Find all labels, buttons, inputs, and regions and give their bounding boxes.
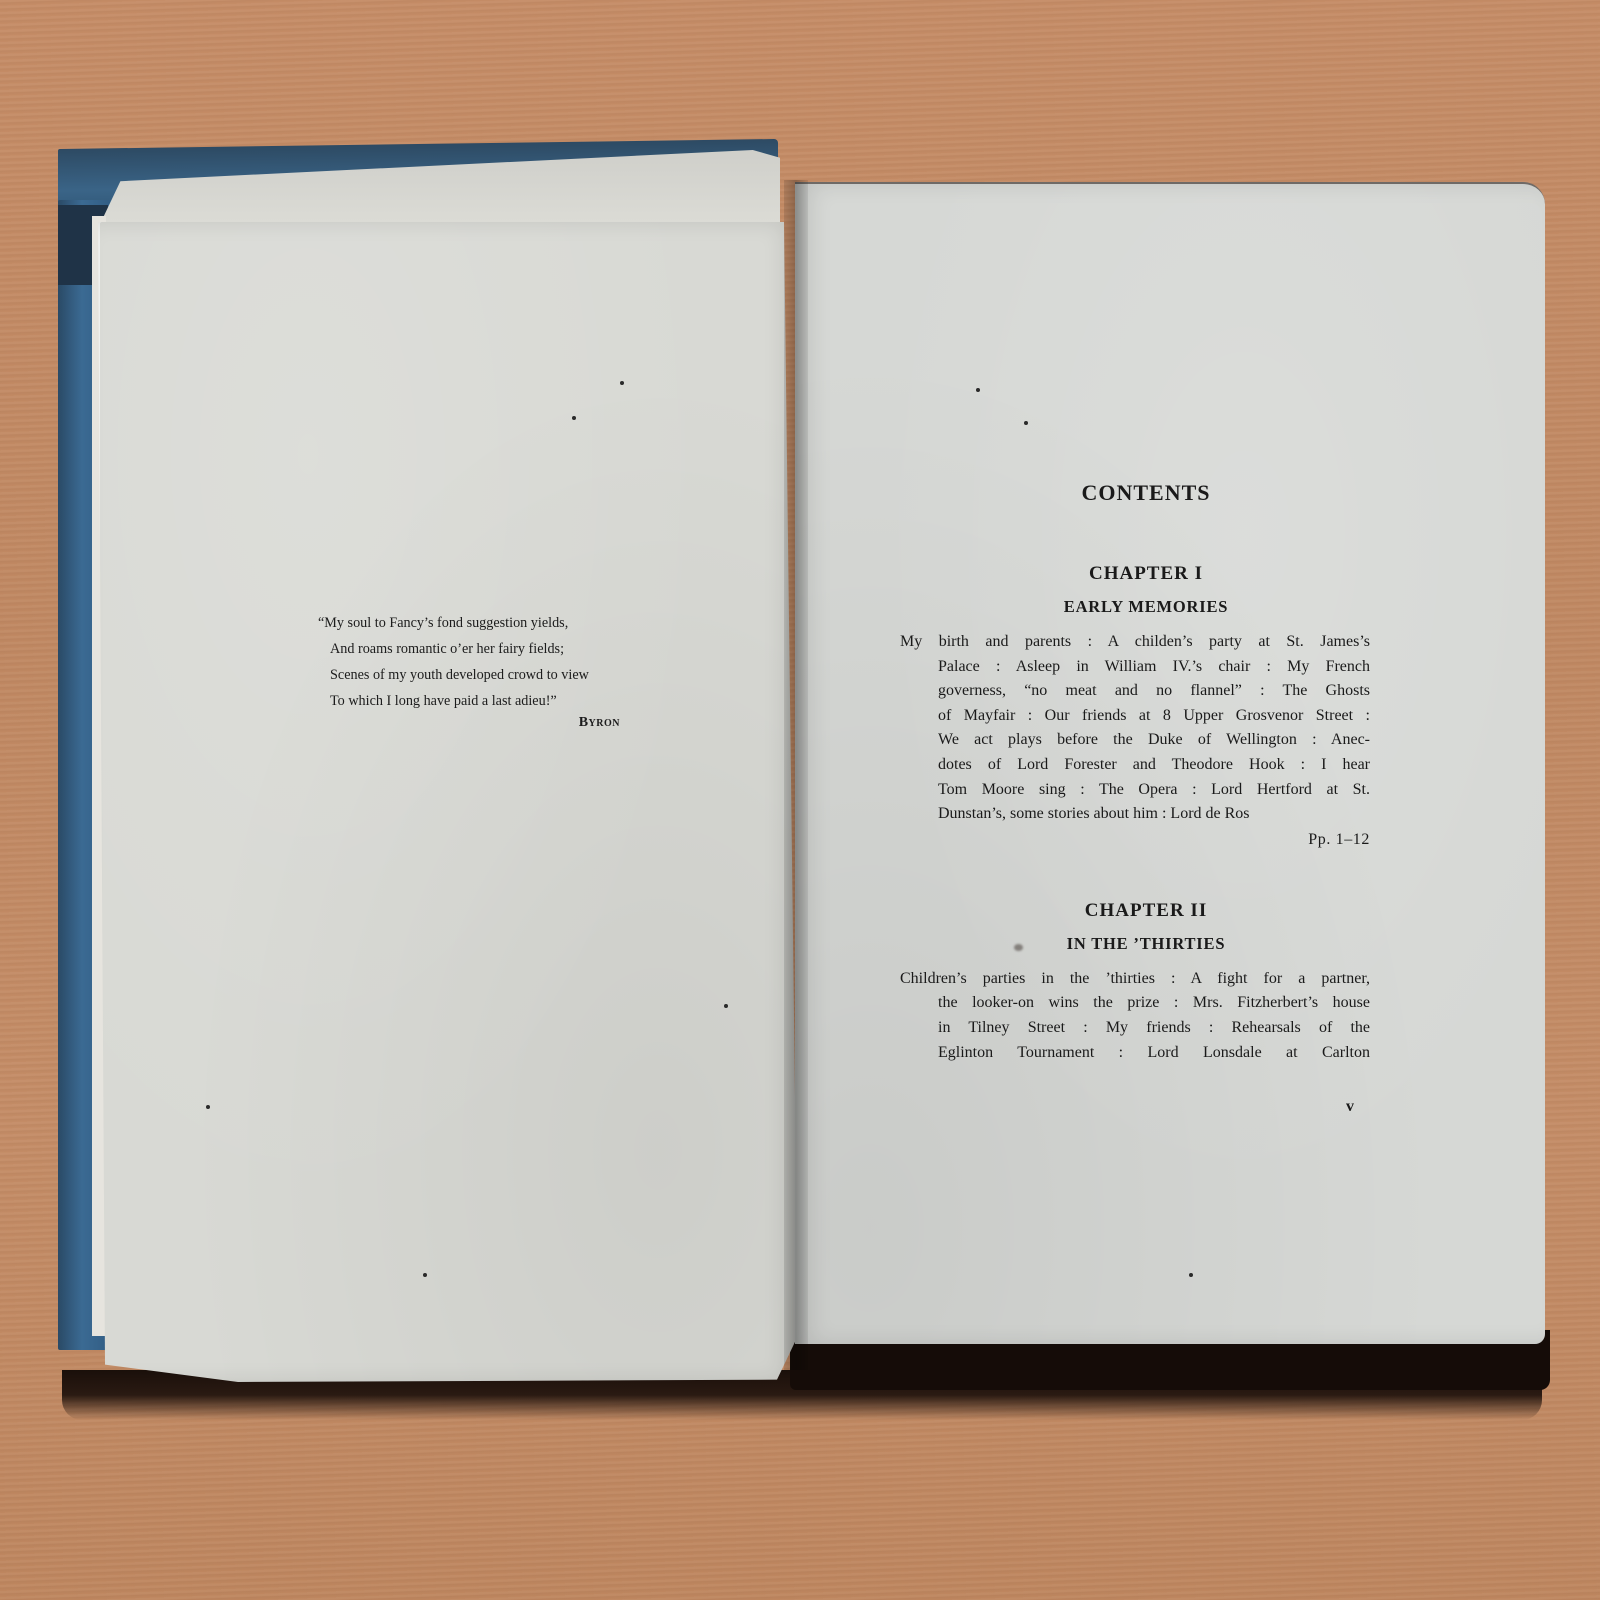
summary-line: the looker-on wins the prize : Mrs. Fitz… (900, 991, 1370, 1016)
chapter-page-range: Pp. 1–12 (900, 827, 1370, 853)
epigraph-line: “My soul to Fancy’s fond suggestion yiel… (318, 610, 628, 636)
summary-line: We act plays before the Duke of Wellingt… (900, 728, 1370, 753)
epigraph-attribution: Byron (318, 714, 628, 732)
paper-speck (724, 1004, 728, 1008)
chapter-title: EARLY MEMORIES (900, 596, 1370, 618)
chapter-summary: My birth and parents : A childen’s party… (900, 630, 1370, 827)
chapter-1-entry: CHAPTER I EARLY MEMORIES My birth and pa… (900, 562, 1370, 853)
chapter-summary: Children’s parties in the ’thirties : A … (900, 967, 1370, 1065)
book-gutter (784, 180, 808, 1370)
summary-line: dotes of Lord Forester and Theodore Hook… (900, 753, 1370, 778)
epigraph-line: And roams romantic o’er her fairy fields… (318, 636, 628, 662)
epigraph-line: Scenes of my youth developed crowd to vi… (318, 662, 628, 688)
paper-speck (1024, 421, 1028, 425)
summary-line: governess, “no meat and no flannel” : Th… (900, 679, 1370, 704)
paper-speck (206, 1105, 210, 1109)
page-number: v (1346, 1098, 1354, 1116)
contents-section: CONTENTS CHAPTER I EARLY MEMORIES My bir… (900, 480, 1370, 1065)
paper-speck (572, 416, 576, 420)
summary-line: Tom Moore sing : The Opera : Lord Hertfo… (900, 778, 1370, 803)
chapter-number: CHAPTER I (900, 562, 1370, 586)
epigraph: “My soul to Fancy’s fond suggestion yiel… (318, 610, 628, 732)
summary-line: in Tilney Street : My friends : Rehearsa… (900, 1016, 1370, 1041)
epigraph-line: To which I long have paid a last adieu!” (318, 688, 628, 714)
page-title: CONTENTS (900, 480, 1370, 506)
paper-speck (620, 381, 624, 385)
summary-line: Eglinton Tournament : Lord Lonsdale at C… (900, 1041, 1370, 1066)
summary-line: Children’s parties in the ’thirties : A … (900, 967, 1370, 992)
summary-line: Dunstan’s, some stories about him : Lord… (900, 802, 1370, 827)
chapter-2-entry: CHAPTER II IN THE ’THIRTIES Children’s p… (900, 899, 1370, 1065)
summary-line: of Mayfair : Our friends at 8 Upper Gros… (900, 704, 1370, 729)
summary-line: Palace : Asleep in William IV.’s chair :… (900, 655, 1370, 680)
chapter-number: CHAPTER II (900, 899, 1370, 923)
paper-speck (976, 388, 980, 392)
chapter-title: IN THE ’THIRTIES (900, 933, 1370, 955)
left-page (98, 222, 798, 1382)
paper-speck (1189, 1273, 1193, 1277)
summary-line: My birth and parents : A childen’s party… (900, 630, 1370, 655)
paper-speck (423, 1273, 427, 1277)
